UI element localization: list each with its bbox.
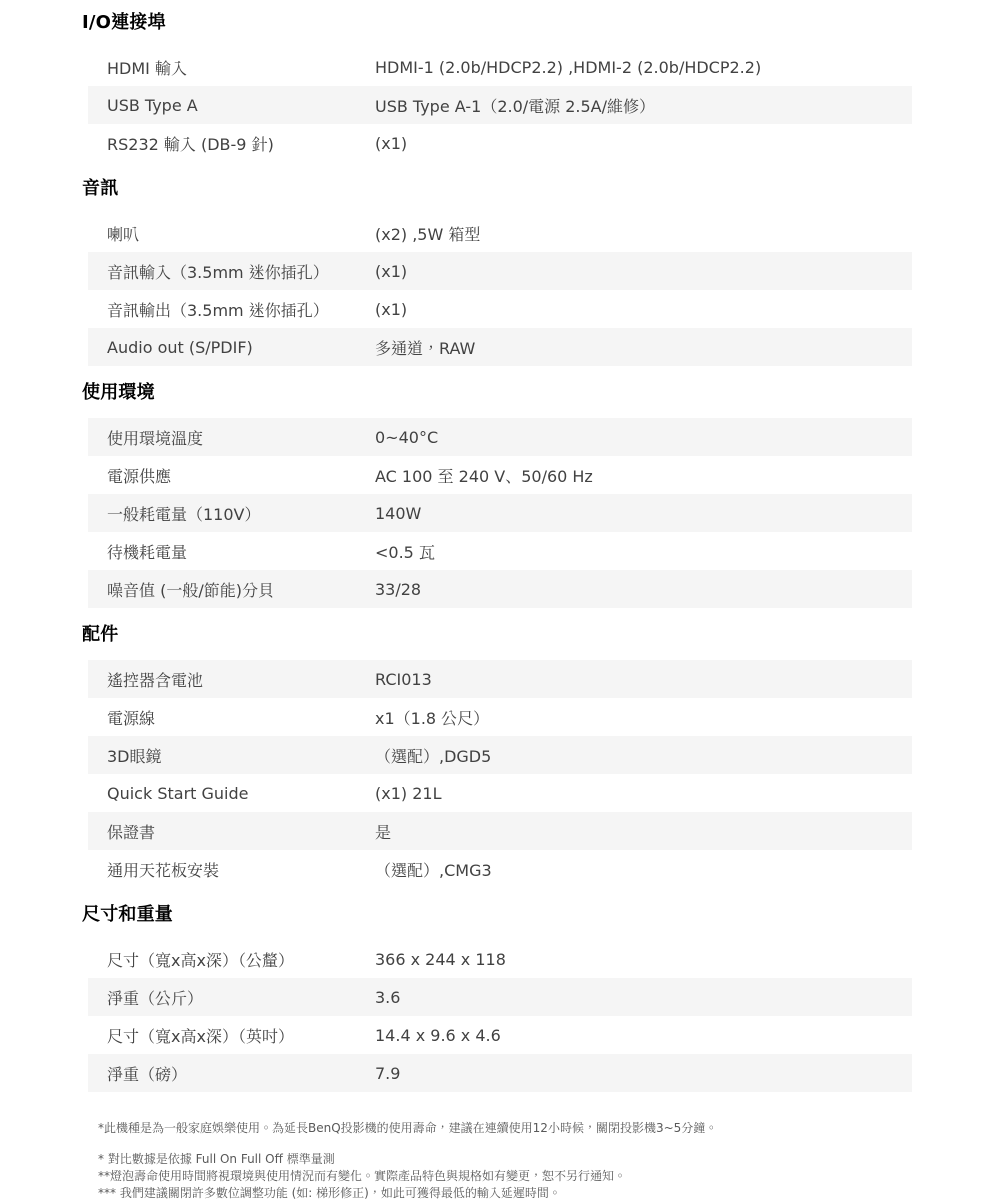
spec-section: I/O連接埠HDMI 輸入HDMI-1 (2.0b/HDCP2.2) ,HDMI… — [82, 10, 918, 162]
spec-value: 多通道，RAW — [375, 336, 912, 359]
spec-label: 電源供應 — [107, 464, 375, 487]
spec-value: 33/28 — [375, 580, 912, 599]
spec-label: 尺寸（寬x高x深）（英吋） — [107, 1024, 375, 1047]
spec-value: (x2) ,5W 箱型 — [375, 222, 912, 245]
spec-label: 保證書 — [107, 820, 375, 843]
spec-rows: 使用環境溫度0~40°C電源供應AC 100 至 240 V、50/60 Hz一… — [88, 418, 912, 608]
section-title: 尺寸和重量 — [82, 902, 918, 928]
spec-label: 電源線 — [107, 706, 375, 729]
spec-value: <0.5 瓦 — [375, 540, 912, 563]
spec-row: 淨重（公斤）3.6 — [88, 978, 912, 1016]
spec-value: HDMI-1 (2.0b/HDCP2.2) ,HDMI-2 (2.0b/HDCP… — [375, 58, 912, 77]
spec-value: 是 — [375, 820, 912, 843]
spec-label: RS232 輸入 (DB-9 針) — [107, 132, 375, 155]
section-title: 使用環境 — [82, 380, 918, 406]
spec-label: 音訊輸出（3.5mm 迷你插孔） — [107, 298, 375, 321]
spec-row: 通用天花板安裝（選配）,CMG3 — [88, 850, 912, 888]
spec-label: HDMI 輸入 — [107, 56, 375, 79]
spec-section: 音訊喇叭(x2) ,5W 箱型音訊輸入（3.5mm 迷你插孔）(x1)音訊輸出（… — [82, 176, 918, 366]
spec-row: Audio out (S/PDIF)多通道，RAW — [88, 328, 912, 366]
spec-label: 3D眼鏡 — [107, 744, 375, 767]
spec-row: RS232 輸入 (DB-9 針)(x1) — [88, 124, 912, 162]
spec-label: 尺寸（寬x高x深）（公釐） — [107, 948, 375, 971]
spec-label: 音訊輸入（3.5mm 迷你插孔） — [107, 260, 375, 283]
section-title: I/O連接埠 — [82, 10, 918, 36]
spec-row: 保證書是 — [88, 812, 912, 850]
footnote-group: * 對比數據是依據 Full On Full Off 標準量測**燈泡壽命使用時… — [98, 1151, 912, 1200]
spec-row: 使用環境溫度0~40°C — [88, 418, 912, 456]
spec-value: （選配）,CMG3 — [375, 858, 912, 881]
spec-label: USB Type A — [107, 96, 375, 115]
spec-rows: HDMI 輸入HDMI-1 (2.0b/HDCP2.2) ,HDMI-2 (2.… — [88, 48, 912, 162]
spec-section: 尺寸和重量尺寸（寬x高x深）（公釐）366 x 244 x 118淨重（公斤）3… — [82, 902, 918, 1092]
section-title: 配件 — [82, 622, 918, 648]
spec-section: 配件遙控器含電池RCI013電源線x1（1.8 公尺）3D眼鏡（選配）,DGD5… — [82, 622, 918, 888]
spec-row: 一般耗電量（110V）140W — [88, 494, 912, 532]
spec-label: 一般耗電量（110V） — [107, 502, 375, 525]
spec-value: x1（1.8 公尺） — [375, 706, 912, 729]
spec-rows: 喇叭(x2) ,5W 箱型音訊輸入（3.5mm 迷你插孔）(x1)音訊輸出（3.… — [88, 214, 912, 366]
footnote-line: **燈泡壽命使用時間將視環境與使用情況而有變化。實際產品特色與規格如有變更，恕不… — [98, 1168, 912, 1185]
spec-sections-container: I/O連接埠HDMI 輸入HDMI-1 (2.0b/HDCP2.2) ,HDMI… — [82, 10, 918, 1092]
spec-row: HDMI 輸入HDMI-1 (2.0b/HDCP2.2) ,HDMI-2 (2.… — [88, 48, 912, 86]
spec-row: 電源線x1（1.8 公尺） — [88, 698, 912, 736]
footnote-line: * 對比數據是依據 Full On Full Off 標準量測 — [98, 1151, 912, 1168]
spec-value: 0~40°C — [375, 428, 912, 447]
spec-rows: 遙控器含電池RCI013電源線x1（1.8 公尺）3D眼鏡（選配）,DGD5Qu… — [88, 660, 912, 888]
section-title: 音訊 — [82, 176, 918, 202]
spec-rows: 尺寸（寬x高x深）（公釐）366 x 244 x 118淨重（公斤）3.6尺寸（… — [88, 940, 912, 1092]
spec-label: 淨重（磅） — [107, 1062, 375, 1085]
spec-row: 噪音值 (一般/節能)分貝33/28 — [88, 570, 912, 608]
spec-row: 待機耗電量<0.5 瓦 — [88, 532, 912, 570]
spec-value: (x1) — [375, 262, 912, 281]
spec-value: 7.9 — [375, 1064, 912, 1083]
spec-row: 尺寸（寬x高x深）（公釐）366 x 244 x 118 — [88, 940, 912, 978]
footnote-line: *** 我們建議關閉許多數位調整功能 (如: 梯形修正)，如此可獲得最低的輸入延… — [98, 1185, 912, 1200]
spec-row: 遙控器含電池RCI013 — [88, 660, 912, 698]
spec-value: USB Type A-1（2.0/電源 2.5A/維修） — [375, 94, 912, 117]
spec-value: (x1) 21L — [375, 784, 912, 803]
spec-value: (x1) — [375, 134, 912, 153]
spec-value: 3.6 — [375, 988, 912, 1007]
spec-row: 音訊輸出（3.5mm 迷你插孔）(x1) — [88, 290, 912, 328]
spec-row: 3D眼鏡（選配）,DGD5 — [88, 736, 912, 774]
spec-value: 366 x 244 x 118 — [375, 950, 912, 969]
spec-value: (x1) — [375, 300, 912, 319]
spec-label: 喇叭 — [107, 222, 375, 245]
spec-label: 淨重（公斤） — [107, 986, 375, 1009]
spec-row: 尺寸（寬x高x深）（英吋）14.4 x 9.6 x 4.6 — [88, 1016, 912, 1054]
spec-row: 電源供應AC 100 至 240 V、50/60 Hz — [88, 456, 912, 494]
spec-value: （選配）,DGD5 — [375, 744, 912, 767]
spec-page-body: { "page": { "background": "#ffffff", "ro… — [0, 0, 1000, 1200]
footnotes: *此機種是為一般家庭娛樂使用。為延長BenQ投影機的使用壽命，建議在連續使用12… — [98, 1120, 912, 1200]
spec-value: RCI013 — [375, 670, 912, 689]
spec-label: Audio out (S/PDIF) — [107, 338, 375, 357]
spec-row: Quick Start Guide(x1) 21L — [88, 774, 912, 812]
spec-row: 喇叭(x2) ,5W 箱型 — [88, 214, 912, 252]
spec-label: 使用環境溫度 — [107, 426, 375, 449]
spec-value: 14.4 x 9.6 x 4.6 — [375, 1026, 912, 1045]
spec-label: 遙控器含電池 — [107, 668, 375, 691]
spec-section: 使用環境使用環境溫度0~40°C電源供應AC 100 至 240 V、50/60… — [82, 380, 918, 608]
spec-row: USB Type AUSB Type A-1（2.0/電源 2.5A/維修） — [88, 86, 912, 124]
spec-label: Quick Start Guide — [107, 784, 375, 803]
spec-label: 待機耗電量 — [107, 540, 375, 563]
spec-label: 通用天花板安裝 — [107, 858, 375, 881]
spec-row: 淨重（磅）7.9 — [88, 1054, 912, 1092]
spec-label: 噪音值 (一般/節能)分貝 — [107, 578, 375, 601]
footnote-primary: *此機種是為一般家庭娛樂使用。為延長BenQ投影機的使用壽命，建議在連續使用12… — [98, 1120, 912, 1137]
spec-value: AC 100 至 240 V、50/60 Hz — [375, 464, 912, 487]
spec-row: 音訊輸入（3.5mm 迷你插孔）(x1) — [88, 252, 912, 290]
spec-value: 140W — [375, 504, 912, 523]
